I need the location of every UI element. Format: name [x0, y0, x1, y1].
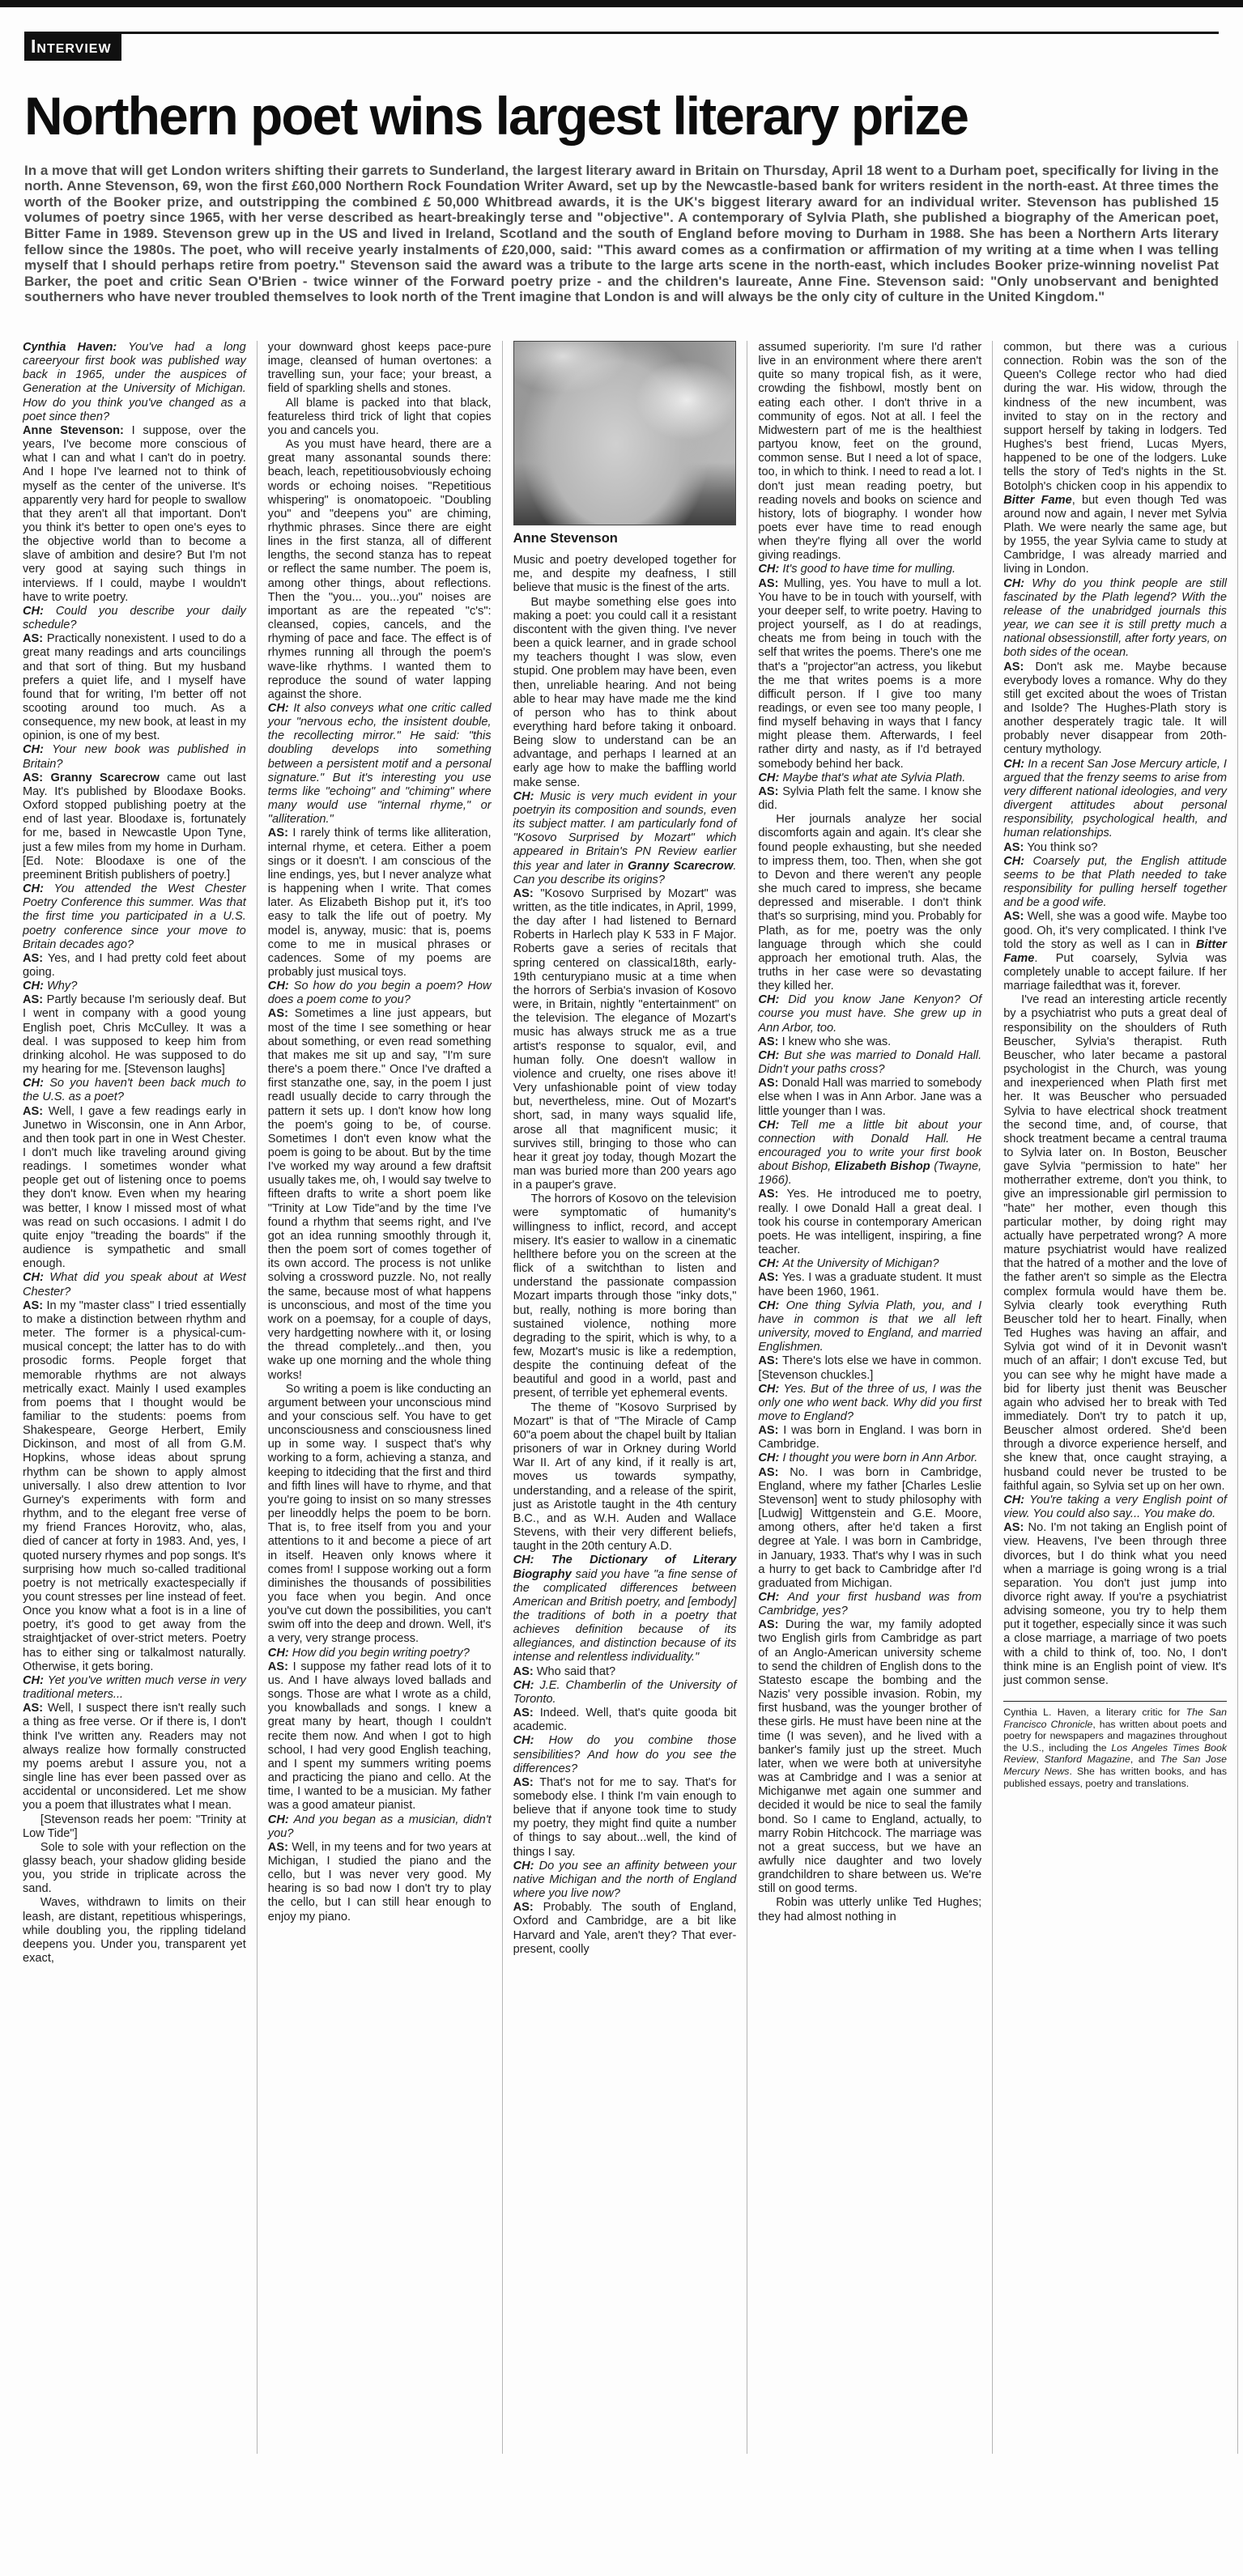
interview-question: CH: J.E. Chamberlin of the University of…: [513, 1679, 737, 1707]
speaker-label: AS:: [758, 1271, 782, 1284]
interview-answer: AS: Sometimes a line just appears, but m…: [268, 1007, 492, 1382]
speaker-label: CH:: [758, 1049, 784, 1062]
standfirst: In a move that will get London writers s…: [24, 163, 1219, 305]
interview-question: CH: Coarsely put, the English attitude s…: [1003, 855, 1227, 911]
interview-answer: AS: Mulling, yes. You have to mull a lot…: [758, 577, 981, 772]
speaker-label: CH:: [23, 1674, 48, 1687]
interview-question: CH: The Dictionary of Literary Biography…: [513, 1554, 737, 1664]
speaker-label: CH:: [758, 1257, 782, 1270]
photo-caption: Anne Stevenson: [513, 532, 737, 546]
top-rule-bar: [0, 0, 1243, 7]
speaker-label: AS:: [758, 1466, 790, 1479]
interview-answer: AS: Well, I gave a few readings early in…: [23, 1105, 246, 1272]
continued-paragraph: assumed superiority. I'm sure I'd rather…: [758, 341, 981, 563]
speaker-label: CH:: [513, 790, 540, 803]
speaker-label: AS:: [513, 1707, 540, 1719]
speaker-label: CH:: [23, 1077, 49, 1090]
interview-question: CH: Yet you've written much verse in ver…: [23, 1674, 246, 1702]
speaker-label: CH:: [23, 605, 56, 618]
interview-answer: AS: Practically nonexistent. I used to d…: [23, 632, 246, 743]
interview-question: CH: Did you know Jane Kenyon? Of course …: [758, 993, 981, 1035]
speaker-label: CH:: [758, 1383, 783, 1396]
column-4: assumed superiority. I'm sure I'd rather…: [747, 341, 992, 2454]
kicker-row: Interview: [24, 32, 1219, 61]
interview-answer: Anne Stevenson: I suppose, over the year…: [23, 424, 246, 605]
speaker-label: CH:: [513, 1554, 551, 1566]
speaker-label: CH:: [513, 1860, 539, 1872]
speaker-label: AS:: [1003, 841, 1027, 854]
speaker-label: AS:: [23, 952, 48, 965]
speaker-label: CH:: [268, 702, 293, 715]
speaker-label: AS:: [23, 1702, 48, 1715]
speaker-label: CH:: [268, 980, 294, 993]
interview-question: CH: It's good to have time for mulling.: [758, 563, 981, 576]
interview-answer: AS: Yes. He introduced me to poetry, rea…: [758, 1188, 981, 1257]
interview-question: CH: Why?: [23, 980, 246, 993]
interview-question: CH: One thing Sylvia Plath, you, and I h…: [758, 1299, 981, 1355]
interview-question: CH: How did you begin writing poetry?: [268, 1647, 492, 1660]
speaker-label: AS:: [268, 1841, 292, 1854]
interview-answer: AS: Yes. I was a graduate student. It mu…: [758, 1271, 981, 1299]
portrait-photo: [513, 341, 737, 525]
speaker-label: CH:: [758, 1591, 787, 1604]
paragraph: So writing a poem is like conducting an …: [268, 1383, 492, 1647]
speaker-label: CH:: [513, 1679, 540, 1692]
speaker-label: AS:: [1003, 1521, 1028, 1534]
column-5: common, but there was a curious connecti…: [992, 341, 1237, 2454]
speaker-label: CH:: [1003, 855, 1032, 868]
interview-question: CH: You're taking a very English point o…: [1003, 1494, 1227, 1521]
speaker-label: CH:: [758, 1452, 782, 1464]
interview-question: CH: At the University of Michigan?: [758, 1257, 981, 1271]
speaker-label: AS:: [23, 1299, 46, 1312]
speaker-label: CH:: [758, 772, 782, 784]
continued-paragraph: Music and poetry developed together for …: [513, 554, 737, 595]
paragraph: I've read an interesting article recentl…: [1003, 993, 1227, 1494]
speaker-label: AS:: [513, 1665, 537, 1678]
contributor-bio: Cynthia L. Haven, a literary critic for …: [1003, 1701, 1227, 1789]
speaker-label: CH:: [758, 993, 788, 1006]
speaker-label: AS:: [758, 1618, 785, 1631]
interview-question: CH: Maybe that's what ate Sylvia Plath.: [758, 772, 981, 785]
speaker-label: Cynthia Haven:: [23, 341, 128, 354]
speaker-label: AS:: [23, 632, 47, 645]
section-kicker: Interview: [24, 34, 121, 61]
interview-answer: AS: During the war, my family adopted tw…: [758, 1618, 981, 1896]
interview-question: CH: Your new book was published in Brita…: [23, 743, 246, 771]
article-body: Cynthia Haven: You've had a long careery…: [23, 341, 1238, 2454]
speaker-label: AS:: [1003, 910, 1027, 923]
interview-question: CH: Tell me a little bit about your conn…: [758, 1119, 981, 1188]
speaker-label: AS:: [758, 1077, 781, 1090]
speaker-label: AS:: [23, 772, 51, 784]
poem-stanza: Sole to sole with your reflection on the…: [23, 1841, 246, 1897]
paragraph: As you must have heard, there are a grea…: [268, 438, 492, 702]
paragraph: Robin was utterly unlike Ted Hughes; the…: [758, 1896, 981, 1923]
speaker-label: AS:: [758, 1424, 783, 1437]
speaker-label: CH:: [23, 1271, 49, 1284]
speaker-label: AS:: [758, 1188, 786, 1201]
interview-question: CH: You attended the West Chester Poetry…: [23, 882, 246, 952]
speaker-label: AS:: [513, 887, 541, 900]
interview-answer: AS: I knew who she was.: [758, 1035, 981, 1049]
speaker-label: AS:: [268, 1007, 295, 1020]
interview-question: CH: In a recent San Jose Mercury article…: [1003, 758, 1227, 841]
interview-answer: AS: "Kosovo Surprised by Mozart" was wri…: [513, 887, 737, 1192]
interview-answer: AS: No. I'm not taking an English point …: [1003, 1521, 1227, 1688]
interview-answer: AS: Partly because I'm seriously deaf. B…: [23, 993, 246, 1077]
speaker-label: CH:: [23, 980, 47, 993]
speaker-label: CH:: [758, 1119, 790, 1132]
headline: Northern poet wins largest literary priz…: [24, 88, 1219, 144]
column-2: your downward ghost keeps pace-pure imag…: [257, 341, 502, 2454]
interview-answer: AS: Yes, and I had pretty cold feet abou…: [23, 952, 246, 980]
speaker-label: AS:: [513, 1901, 543, 1914]
paragraph: Her journals analyze her social discomfo…: [758, 813, 981, 993]
interview-answer: AS: Probably. The south of England, Oxfo…: [513, 1901, 737, 1957]
interview-answer: AS: Indeed. Well, that's quite gooda bit…: [513, 1707, 737, 1734]
interview-answer: AS: I suppose my father read lots of it …: [268, 1660, 492, 1813]
speaker-label: CH:: [1003, 1494, 1029, 1507]
interview-answer: AS: Sylvia Plath felt the same. I know s…: [758, 785, 981, 813]
speaker-label: CH:: [1003, 758, 1028, 771]
column-1: Cynthia Haven: You've had a long careery…: [23, 341, 257, 2454]
speaker-label: AS:: [758, 1354, 782, 1367]
poem-stanza: All blame is packed into that black, fea…: [268, 397, 492, 438]
speaker-label: CH:: [268, 1647, 292, 1660]
interview-question: CH: So you haven't been back much to the…: [23, 1077, 246, 1104]
interview-answer: AS: Well, she was a good wife. Maybe too…: [1003, 910, 1227, 993]
speaker-label: AS:: [758, 1035, 781, 1048]
interview-question: CH: Do you see an affinity between your …: [513, 1860, 737, 1901]
paragraph: [Stevenson reads her poem: "Trinity at L…: [23, 1813, 246, 1841]
interview-question: CH: What did you speak about at West Che…: [23, 1271, 246, 1299]
column-3: Anne Stevenson Music and poetry develope…: [502, 341, 747, 2454]
paragraph: But maybe something else goes into makin…: [513, 596, 737, 790]
interview-question: CH: Music is very much evident in your p…: [513, 790, 737, 887]
interview-answer: AS: There's lots else we have in common.…: [758, 1354, 981, 1382]
speaker-label: CH:: [23, 882, 54, 895]
interview-answer: AS: In my "master class" I tried essenti…: [23, 1299, 246, 1674]
continued-paragraph: your downward ghost keeps pace-pure imag…: [268, 341, 492, 397]
portrait-figure: Anne Stevenson: [513, 341, 737, 546]
poem-stanza: Waves, withdrawn to limits on their leas…: [23, 1896, 246, 1966]
speaker-label: AS:: [513, 1776, 540, 1789]
masthead: Interview Northern poet wins largest lit…: [0, 7, 1243, 305]
interview-question: CH: But she was married to Donald Hall. …: [758, 1049, 981, 1077]
continued-paragraph: common, but there was a curious connecti…: [1003, 341, 1227, 577]
interview-answer: AS: That's not for me to say. That's for…: [513, 1776, 737, 1860]
speaker-label: AS:: [23, 1105, 49, 1118]
speaker-label: AS:: [758, 785, 782, 798]
interview-question: CH: And you began as a musician, didn't …: [268, 1813, 492, 1841]
interview-answer: AS: Donald Hall was married to somebody …: [758, 1077, 981, 1118]
interview-answer: AS: Well, in my teens and for two years …: [268, 1841, 492, 1924]
speaker-label: Anne Stevenson:: [23, 424, 132, 437]
interview-question: CH: Could you describe your daily schedu…: [23, 605, 246, 632]
speaker-label: CH:: [758, 563, 782, 576]
interview-answer: AS: You think so?: [1003, 841, 1227, 855]
interview-question: CH: So how do you begin a poem? How does…: [268, 980, 492, 1007]
speaker-label: AS:: [268, 827, 293, 840]
interview-answer: AS: No. I was born in Cambridge, England…: [758, 1466, 981, 1591]
speaker-label: AS:: [1003, 661, 1035, 674]
speaker-label: AS:: [758, 577, 784, 590]
speaker-label: CH:: [513, 1734, 549, 1747]
interview-answer: AS: Granny Scarecrow came out last May. …: [23, 772, 246, 882]
interview-question: CH: I thought you were born in Ann Arbor…: [758, 1452, 981, 1465]
interview-answer: AS: Well, I suspect there isn't really s…: [23, 1702, 246, 1813]
paragraph: The horrors of Kosovo on the television …: [513, 1192, 737, 1401]
interview-question: CH: And your first husband was from Camb…: [758, 1591, 981, 1618]
interview-answer: AS: I rarely think of terms like alliter…: [268, 827, 492, 980]
paragraph: The theme of "Kosovo Surprised by Mozart…: [513, 1401, 737, 1554]
interview-answer: AS: I was born in England. I was born in…: [758, 1424, 981, 1452]
interview-answer: AS: Who said that?: [513, 1665, 737, 1679]
interview-answer: AS: Don't ask me. Maybe because everybod…: [1003, 661, 1227, 758]
speaker-label: CH:: [758, 1299, 785, 1312]
interview-question: CH: It also conveys what one critic call…: [268, 702, 492, 827]
interview-question: CH: Yes. But of the three of us, I was t…: [758, 1383, 981, 1424]
interview-question: CH: How do you combine those sensibiliti…: [513, 1734, 737, 1775]
interview-question: Cynthia Haven: You've had a long careery…: [23, 341, 246, 424]
speaker-label: CH:: [23, 743, 52, 756]
speaker-label: AS:: [268, 1660, 293, 1673]
interview-question: CH: Why do you think people are still fa…: [1003, 577, 1227, 661]
speaker-label: AS:: [23, 993, 47, 1006]
speaker-label: CH:: [268, 1813, 294, 1826]
speaker-label: CH:: [1003, 577, 1032, 590]
